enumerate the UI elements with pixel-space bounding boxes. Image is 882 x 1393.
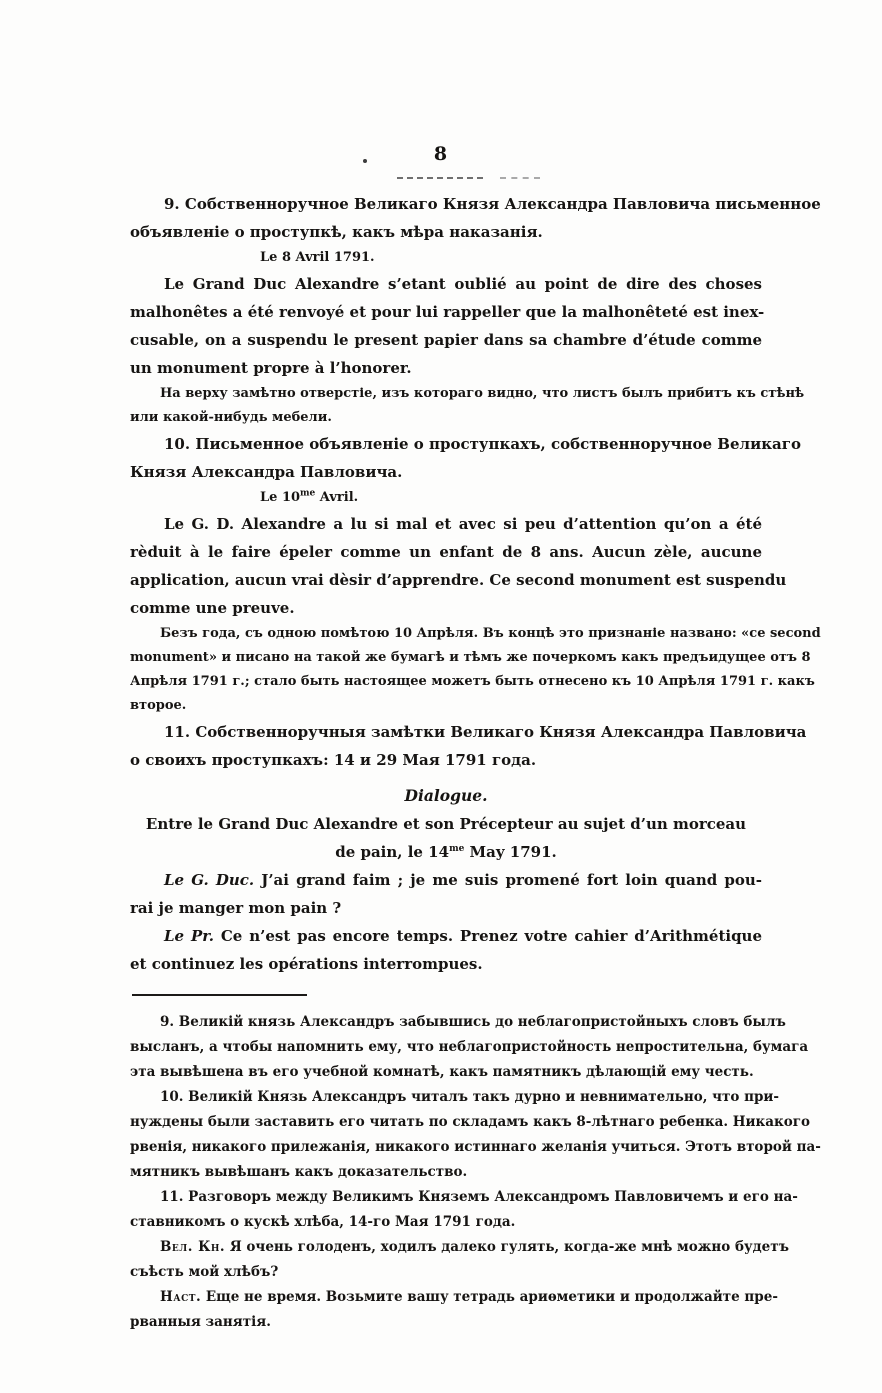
book-page: 8 9. Собственноручное Великаго Князя Але…	[0, 0, 882, 1393]
footnote-9: 9. Великій князь Александръ забывшись до…	[130, 1010, 762, 1085]
text-line: 10. Письменное объявленіе о проступкахъ,…	[130, 430, 762, 458]
page-number-underline	[397, 177, 483, 179]
text-line: Вел. Кн. Я очень голоденъ, ходилъ далеко…	[130, 1235, 762, 1260]
entry-10-note: Безъ года, съ одною помѣтою 10 Апрѣля. В…	[130, 622, 762, 718]
footnote-dialogue-grand-duc: Вел. Кн. Я очень голоденъ, ходилъ далеко…	[130, 1235, 762, 1285]
footnote-11: 11. Разговоръ между Великимъ Княземъ Але…	[130, 1185, 762, 1235]
entry-9-note: На верху замѣтно отверстіе, изъ котораго…	[130, 382, 762, 430]
text-line: Апрѣля 1791 г.; стало быть настоящее мож…	[130, 670, 762, 694]
text-line: ставникомъ о кускѣ хлѣба, 14-го Мая 1791…	[130, 1210, 762, 1235]
text-line: application, aucun vrai dèsir d’apprendr…	[130, 566, 762, 594]
text-line: второе.	[130, 694, 762, 718]
entry-9-heading: 9. Собственноручное Великаго Князя Алекс…	[130, 190, 762, 246]
entry-9-date: Le 8 Avril 1791.	[260, 248, 762, 268]
speech-text: Еще не время. Возьмите вашу тетрадь ариѳ…	[201, 1289, 778, 1305]
entry-11-heading: 11. Собственноручныя замѣтки Великаго Кн…	[130, 718, 762, 774]
text-line: Князя Александра Павловича.	[130, 458, 762, 486]
text-line: cusable, on a suspendu le present papier…	[130, 326, 762, 354]
footnotes: 9. Великій князь Александръ забывшись до…	[130, 1010, 762, 1335]
speech-text: Ce n’est pas encore temps. Prenez votre …	[214, 927, 762, 945]
speaker-label: Le Pr.	[164, 927, 214, 945]
text-line: рвенія, никакого прилежанія, никакого ис…	[130, 1135, 762, 1160]
text-line: Le G. D. Alexandre a lu si mal et avec s…	[130, 510, 762, 538]
text-line: Le Pr. Ce n’est pas encore temps. Prenez…	[130, 922, 762, 950]
text-line: съѣсть мой хлѣбъ?	[130, 1260, 762, 1285]
subtitle-text: de pain, le 14	[335, 843, 449, 861]
page-number-underline-2	[500, 177, 540, 179]
text-line: un monument propre à l’honorer.	[130, 354, 762, 382]
text-line: 10. Великій Князь Александръ читалъ такъ…	[130, 1085, 762, 1110]
dialogue-subtitle-line: de pain, le 14me May 1791.	[130, 838, 762, 866]
text-line: мятникъ вывѣшанъ какъ доказательство.	[130, 1160, 762, 1185]
dialogue-speech-grand-duc: Le G. Duc. J’ai grand faim ; je me suis …	[130, 866, 762, 922]
footnote-separator-rule	[132, 994, 307, 996]
ink-dot	[363, 159, 367, 163]
entry-10-french-text: Le G. D. Alexandre a lu si mal et avec s…	[130, 510, 762, 622]
text-line: Безъ года, съ одною помѣтою 10 Апрѣля. В…	[130, 622, 762, 646]
entry-9-french-text: Le Grand Duc Alexandre s’etant oublié au…	[130, 270, 762, 382]
date-text: Avril.	[315, 490, 358, 505]
speech-text: J’ai grand faim ; je me suis promené for…	[254, 871, 762, 889]
text-line: 9. Собственноручное Великаго Князя Алекс…	[130, 190, 762, 218]
text-line: нуждены были заставить его читать по скл…	[130, 1110, 762, 1135]
text-line: 9. Великій князь Александръ забывшись до…	[130, 1010, 762, 1035]
text-line: рванныя занятія.	[130, 1310, 762, 1335]
text-line: о своихъ проступкахъ: 14 и 29 Мая 1791 г…	[130, 746, 762, 774]
page-number: 8	[0, 143, 882, 165]
speech-text: Я очень голоденъ, ходилъ далеко гулять, …	[225, 1239, 789, 1255]
text-line: На верху замѣтно отверстіе, изъ котораго…	[130, 382, 762, 406]
text-line: эта вывѣшена въ его учебной комнатѣ, как…	[130, 1060, 762, 1085]
text-line: 11. Разговоръ между Великимъ Княземъ Але…	[130, 1185, 762, 1210]
entry-10-heading: 10. Письменное объявленіе о проступкахъ,…	[130, 430, 762, 486]
footnote-dialogue-precepteur: Наст. Еще не время. Возьмите вашу тетрад…	[130, 1285, 762, 1335]
date-superscript: me	[300, 489, 315, 499]
speaker-label: Вел. Кн.	[160, 1239, 225, 1255]
dialogue-speech-precepteur: Le Pr. Ce n’est pas encore temps. Prenez…	[130, 922, 762, 978]
dialogue-subtitle-line: Entre le Grand Duc Alexandre et son Préc…	[130, 810, 762, 838]
speaker-label: Le G. Duc.	[164, 871, 254, 889]
text-line: 11. Собственноручныя замѣтки Великаго Кн…	[130, 718, 762, 746]
text-line: malhonêtes a été renvoyé et pour lui rap…	[130, 298, 762, 326]
text-line: comme une preuve.	[130, 594, 762, 622]
entry-10-date: Le 10me Avril.	[260, 488, 762, 508]
text-line: высланъ, а чтобы напомнить ему, что небл…	[130, 1035, 762, 1060]
date-text: Le 10	[260, 490, 300, 505]
text-line: Le G. Duc. J’ai grand faim ; je me suis …	[130, 866, 762, 894]
text-line: объявленіе о проступкѣ, какъ мѣра наказа…	[130, 218, 762, 246]
text-line: rèduit à le faire épeler comme un enfant…	[130, 538, 762, 566]
text-line: Le Grand Duc Alexandre s’etant oublié au…	[130, 270, 762, 298]
text-line: rai je manger mon pain ?	[130, 894, 762, 922]
subtitle-text: May 1791.	[464, 843, 556, 861]
text-line: et continuez les opérations interrompues…	[130, 950, 762, 978]
dialogue-title: Dialogue.	[130, 782, 762, 810]
text-line: или какой-нибудь мебели.	[130, 406, 762, 430]
text-line: monument» и писано на такой же бумагѣ и …	[130, 646, 762, 670]
text-line: Наст. Еще не время. Возьмите вашу тетрад…	[130, 1285, 762, 1310]
text-block: 9. Собственноручное Великаго Князя Алекс…	[130, 190, 762, 1335]
speaker-label: Наст.	[160, 1289, 201, 1305]
subtitle-superscript: me	[449, 844, 464, 854]
footnote-10: 10. Великій Князь Александръ читалъ такъ…	[130, 1085, 762, 1185]
